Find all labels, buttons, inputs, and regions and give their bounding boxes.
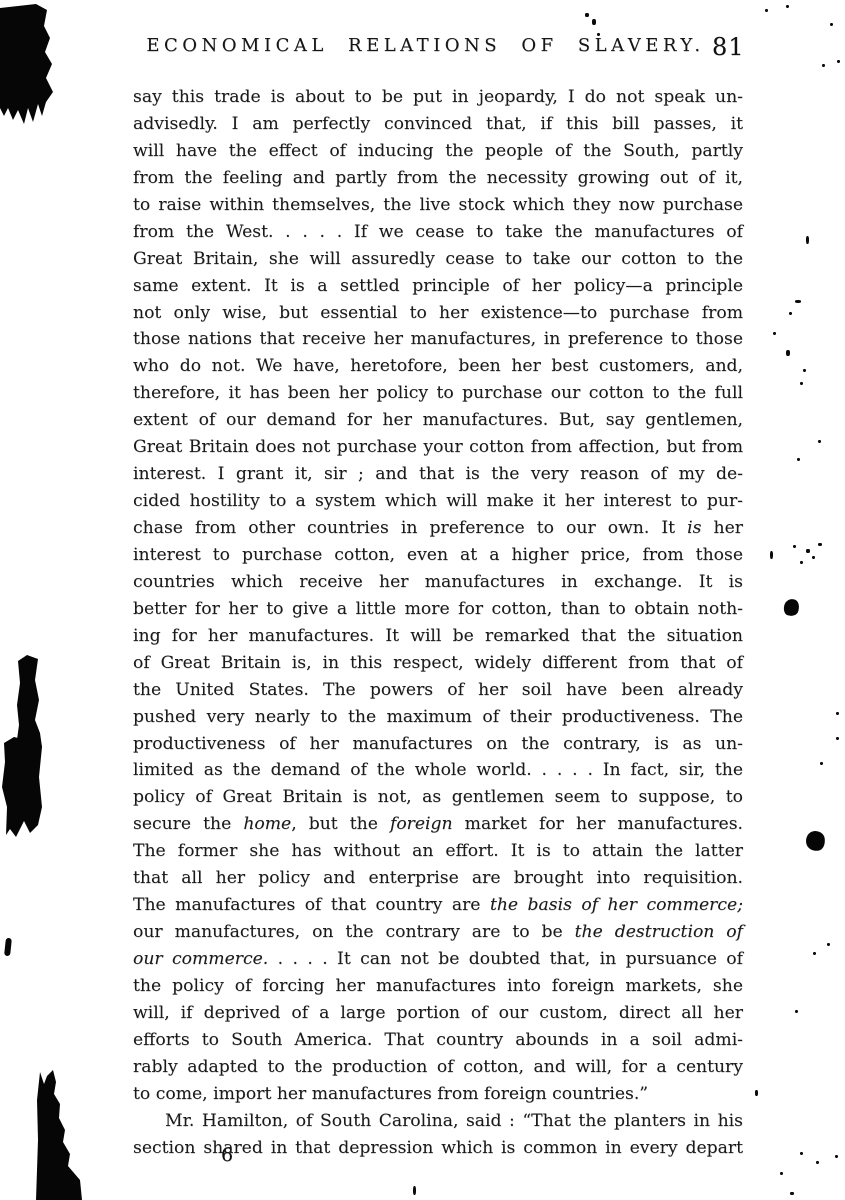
text-line: limited as the demand of the whole world… [133, 757, 743, 784]
ink-speck [585, 13, 589, 17]
ink-blob-top-left [0, 4, 58, 138]
ink-speck [837, 60, 840, 63]
text-line: our manufactures, on the contrary are to… [133, 919, 743, 946]
ink-speck [592, 19, 596, 25]
ink-speck [800, 382, 803, 385]
text-line: to raise within themselves, the live sto… [133, 192, 743, 219]
text-line: pushed very nearly to the maximum of the… [133, 704, 743, 731]
running-header: ECONOMICAL RELATIONS OF SLAVERY. [133, 35, 718, 56]
text-line: cided hostility to a system which will m… [133, 488, 743, 515]
ink-speck [806, 549, 810, 553]
ink-speck [795, 1010, 798, 1013]
text-line: ing for her manufactures. It will be rem… [133, 623, 743, 650]
text-line: extent of our demand for her manufacture… [133, 407, 743, 434]
ink-speck [820, 762, 823, 765]
text-line: Great Britain, she will assuredly cease … [133, 246, 743, 273]
text-line: the United States. The powers of her soi… [133, 677, 743, 704]
ink-speck [835, 1155, 838, 1158]
text-line: interest to purchase cotton, even at a h… [133, 542, 743, 569]
running-header-title: ECONOMICAL RELATIONS OF SLAVERY. [146, 35, 704, 56]
text-line: rably adapted to the production of cotto… [133, 1054, 743, 1081]
text-line: say this trade is about to be put in jeo… [133, 84, 743, 111]
text-line: not only wise, but essential to her exis… [133, 300, 743, 327]
text-line: from the West. . . . . If we cease to ta… [133, 219, 743, 246]
ink-speck [806, 236, 809, 244]
text-line: Great Britain does not purchase your cot… [133, 434, 743, 461]
ink-speck [755, 1090, 758, 1096]
ink-speck [793, 545, 796, 548]
book-page: ECONOMICAL RELATIONS OF SLAVERY. 81 say … [0, 0, 845, 1200]
ink-speck [812, 556, 815, 559]
text-line: productiveness of her manufactures on th… [133, 731, 743, 758]
ink-speck [780, 1172, 783, 1175]
ink-speck [836, 737, 839, 740]
text-line: the policy of forcing her manufactures i… [133, 973, 743, 1000]
ink-speck [818, 543, 822, 546]
text-line: therefore, it has been her policy to pur… [133, 380, 743, 407]
ink-speck [765, 9, 768, 12]
text-line: Mr. Hamilton, of South Carolina, said : … [133, 1108, 743, 1135]
text-line: our commerce. . . . . It can not be doub… [133, 946, 743, 973]
signature-mark: 6 [221, 1144, 233, 1166]
page-body: say this trade is about to be put in jeo… [133, 84, 743, 1162]
text-line: same extent. It is a settled principle o… [133, 273, 743, 300]
ink-dot-right-lower [804, 830, 826, 853]
text-line: of Great Britain is, in this respect, wi… [133, 650, 743, 677]
ink-speck [836, 712, 839, 715]
ink-speck [597, 33, 600, 36]
text-line: secure the home, but the foreign market … [133, 811, 743, 838]
ink-speck [786, 5, 789, 8]
ink-blob-bottom-left [36, 1070, 82, 1200]
text-line: The manufactures of that country are the… [133, 892, 743, 919]
ink-speck [816, 1161, 819, 1164]
text-line: that all her policy and enterprise are b… [133, 865, 743, 892]
ink-speck [790, 1192, 794, 1195]
ink-blob-left-middle-lower [2, 737, 42, 840]
text-line: to come, import her manufactures from fo… [133, 1081, 743, 1108]
ink-speck [827, 943, 830, 946]
ink-speck [413, 1186, 416, 1195]
ink-tick-left-margin [4, 938, 12, 957]
ink-speck [770, 551, 773, 559]
ink-speck [830, 23, 833, 26]
ink-speck [786, 350, 790, 356]
text-line: those nations that receive her manufactu… [133, 326, 743, 353]
page-number: 81 [712, 33, 745, 61]
ink-speck [795, 300, 801, 303]
ink-blob-left-middle-upper [16, 655, 42, 747]
ink-speck [822, 64, 825, 67]
ink-speck [800, 561, 803, 564]
text-line: countries which receive her manufactures… [133, 569, 743, 596]
text-line: from the feeling and partly from the nec… [133, 165, 743, 192]
ink-dot-right-upper [782, 597, 801, 617]
text-line: The former she has without an effort. It… [133, 838, 743, 865]
ink-speck [773, 332, 776, 335]
text-line: will, if deprived of a large portion of … [133, 1000, 743, 1027]
ink-speck [818, 440, 821, 443]
text-line: policy of Great Britain is not, as gentl… [133, 784, 743, 811]
text-line: interest. I grant it, sir ; and that is … [133, 461, 743, 488]
text-line: will have the effect of inducing the peo… [133, 138, 743, 165]
text-line: who do not. We have, heretofore, been he… [133, 353, 743, 380]
text-line: advisedly. I am perfectly convinced that… [133, 111, 743, 138]
ink-speck [797, 458, 800, 461]
text-line: better for her to give a little more for… [133, 596, 743, 623]
text-line: chase from other countries in preference… [133, 515, 743, 542]
ink-speck [813, 952, 816, 955]
ink-speck [789, 312, 792, 315]
text-line: efforts to South America. That country a… [133, 1027, 743, 1054]
ink-speck [803, 369, 806, 372]
ink-speck [800, 1152, 803, 1155]
